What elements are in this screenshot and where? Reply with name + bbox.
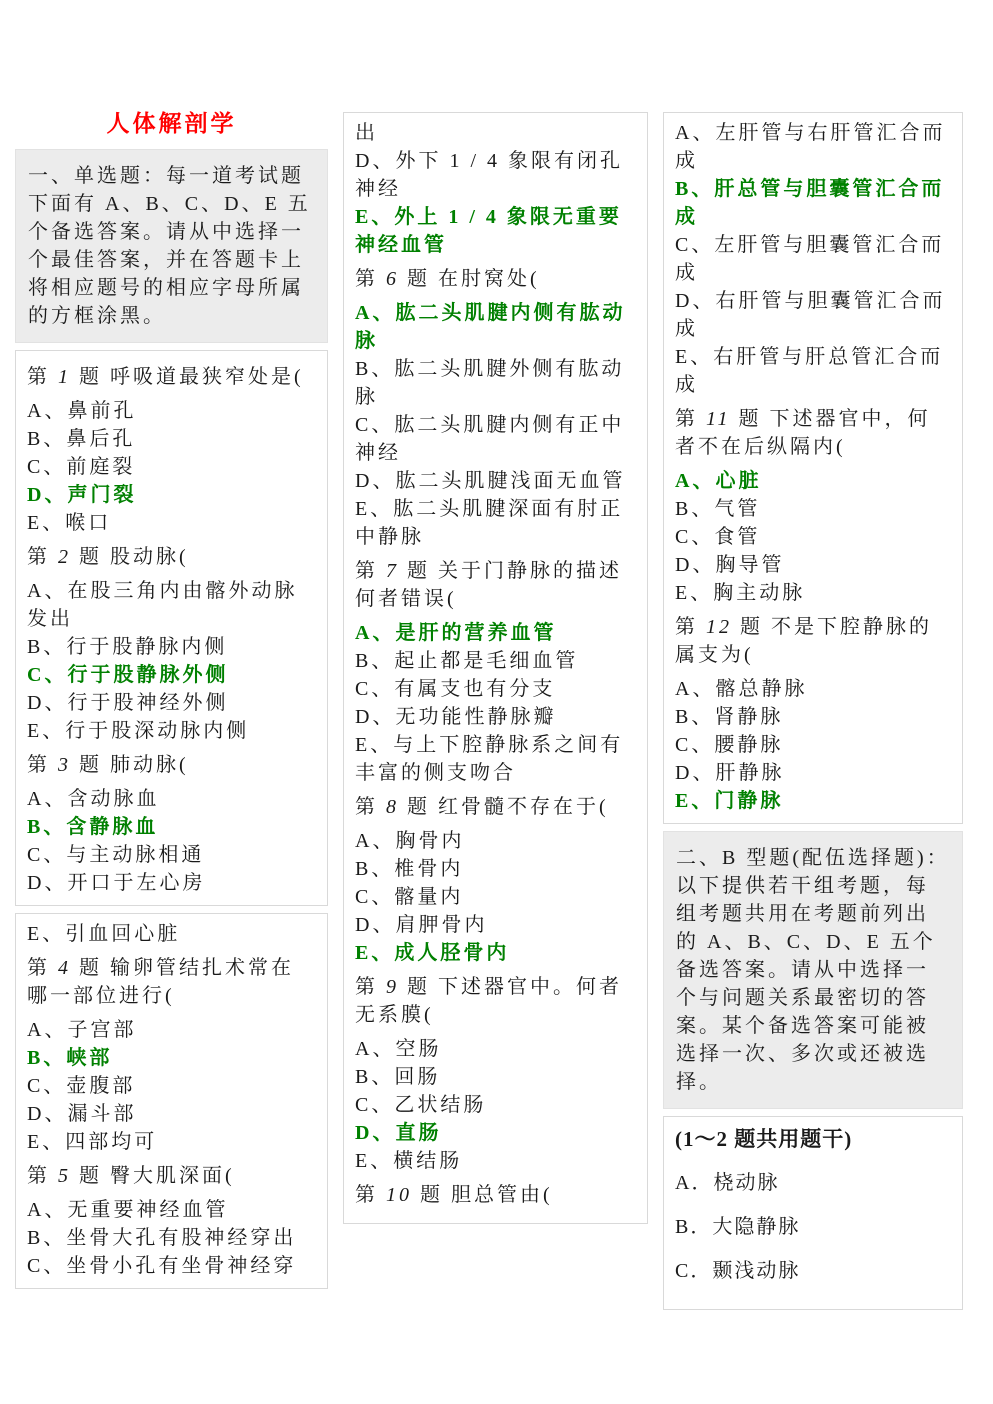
answer-option: C．颞浅动脉 bbox=[675, 1257, 951, 1285]
answer-option: A、含动脉血 bbox=[27, 785, 316, 813]
answer-option: B、肾静脉 bbox=[675, 703, 951, 731]
answer-option: E、行于股深动脉内侧 bbox=[27, 717, 316, 745]
question-box: (1～2 题共用题干)A．桡动脉B．大隐静脉C．颞浅动脉 bbox=[663, 1116, 963, 1310]
question-header: 第 2 题 股动脉( bbox=[27, 543, 316, 571]
answer-option-correct: A、是肝的营养血管 bbox=[355, 619, 636, 647]
answer-option: B、鼻后孔 bbox=[27, 425, 316, 453]
column-1-boxes: 一、单选题：每一道考试题下面有 A、B、C、D、E 五个备选答案。请从中选择一个… bbox=[15, 149, 328, 1289]
column-3: A、左肝管与右肝管汇合而成B、肝总管与胆囊管汇合而成C、左肝管与胆囊管汇合而成D… bbox=[663, 112, 963, 1317]
answer-option: C、左肝管与胆囊管汇合而成 bbox=[675, 231, 951, 287]
answer-option: A、胸骨内 bbox=[355, 827, 636, 855]
answer-option: E、右肝管与肝总管汇合而成 bbox=[675, 343, 951, 399]
answer-option-correct: A、心脏 bbox=[675, 467, 951, 495]
instruction-box: 一、单选题：每一道考试题下面有 A、B、C、D、E 五个备选答案。请从中选择一个… bbox=[15, 149, 328, 343]
answer-option: D、开口于左心房 bbox=[27, 869, 316, 897]
question-box: 出D、外下 1 / 4 象限有闭孔神经E、外上 1 / 4 象限无重要神经血管第… bbox=[343, 112, 648, 1224]
answer-option: A、空肠 bbox=[355, 1035, 636, 1063]
answer-option: C、与主动脉相通 bbox=[27, 841, 316, 869]
section-instructions: 二、B 型题(配伍选择题)：以下提供若干组考题，每组考题共用在考题前列出的 A、… bbox=[676, 844, 950, 1096]
answer-option: A、髂总静脉 bbox=[675, 675, 951, 703]
answer-option: D、胸导管 bbox=[675, 551, 951, 579]
answer-option: D、无功能性静脉瓣 bbox=[355, 703, 636, 731]
question-header: 第 11 题 下述器官中，何者不在后纵隔内( bbox=[675, 405, 951, 461]
answer-option: D、漏斗部 bbox=[27, 1100, 316, 1128]
answer-option: D、外下 1 / 4 象限有闭孔神经 bbox=[355, 147, 636, 203]
shared-stem-header: (1～2 题共用题干) bbox=[675, 1125, 951, 1153]
answer-option: C、腰静脉 bbox=[675, 731, 951, 759]
column-2-boxes: 出D、外下 1 / 4 象限有闭孔神经E、外上 1 / 4 象限无重要神经血管第… bbox=[343, 112, 648, 1224]
answer-option: C、肱二头肌腱内侧有正中神经 bbox=[355, 411, 636, 467]
section-instructions: 一、单选题：每一道考试题下面有 A、B、C、D、E 五个备选答案。请从中选择一个… bbox=[28, 162, 315, 330]
answer-option: B．大隐静脉 bbox=[675, 1213, 951, 1241]
answer-option-correct: C、行于股静脉外侧 bbox=[27, 661, 316, 689]
answer-option: D、肝静脉 bbox=[675, 759, 951, 787]
answer-option-correct: B、肝总管与胆囊管汇合而成 bbox=[675, 175, 951, 231]
answer-option: E、与上下腔静脉系之间有丰富的侧支吻合 bbox=[355, 731, 636, 787]
answer-option: E、肱二头肌腱深面有肘正中静脉 bbox=[355, 495, 636, 551]
answer-option-correct: E、成人胫骨内 bbox=[355, 939, 636, 967]
answer-option: C、乙状结肠 bbox=[355, 1091, 636, 1119]
answer-option: D、右肝管与胆囊管汇合而成 bbox=[675, 287, 951, 343]
question-header: 第 10 题 胆总管由( bbox=[355, 1181, 636, 1209]
instruction-box: 二、B 型题(配伍选择题)：以下提供若干组考题，每组考题共用在考题前列出的 A、… bbox=[663, 831, 963, 1109]
answer-option: E、喉口 bbox=[27, 509, 316, 537]
answer-option: C、髂量内 bbox=[355, 883, 636, 911]
answer-option: E、引血回心脏 bbox=[27, 920, 316, 948]
answer-option-correct: A、肱二头肌腱内侧有肱动脉 bbox=[355, 299, 636, 355]
answer-option: B、椎骨内 bbox=[355, 855, 636, 883]
exam-page: 人体解剖学 一、单选题：每一道考试题下面有 A、B、C、D、E 五个备选答案。请… bbox=[0, 0, 993, 1404]
answer-option: E、横结肠 bbox=[355, 1147, 636, 1175]
answer-option: B、气管 bbox=[675, 495, 951, 523]
answer-option: D、行于股神经外侧 bbox=[27, 689, 316, 717]
answer-option: D、肩胛骨内 bbox=[355, 911, 636, 939]
answer-option: A、在股三角内由髂外动脉发出 bbox=[27, 577, 316, 633]
question-header: 第 3 题 肺动脉( bbox=[27, 751, 316, 779]
answer-option: D、肱二头肌腱浅面无血管 bbox=[355, 467, 636, 495]
answer-option: C、坐骨小孔有坐骨神经穿 bbox=[27, 1252, 316, 1280]
answer-option: B、回肠 bbox=[355, 1063, 636, 1091]
answer-option: C、前庭裂 bbox=[27, 453, 316, 481]
answer-option: B、坐骨大孔有股神经穿出 bbox=[27, 1224, 316, 1252]
continuation-text: 出 bbox=[355, 119, 636, 147]
answer-option: E、胸主动脉 bbox=[675, 579, 951, 607]
answer-option-correct: E、外上 1 / 4 象限无重要神经血管 bbox=[355, 203, 636, 259]
answer-option: C、有属支也有分支 bbox=[355, 675, 636, 703]
answer-option-correct: D、直肠 bbox=[355, 1119, 636, 1147]
question-header: 第 7 题 关于门静脉的描述何者错误( bbox=[355, 557, 636, 613]
answer-option: B、行于股静脉内侧 bbox=[27, 633, 316, 661]
question-header: 第 4 题 输卵管结扎术常在哪一部位进行( bbox=[27, 954, 316, 1010]
question-header: 第 12 题 不是下腔静脉的属支为( bbox=[675, 613, 951, 669]
answer-option: A、鼻前孔 bbox=[27, 397, 316, 425]
answer-option: A、无重要神经血管 bbox=[27, 1196, 316, 1224]
question-box: A、左肝管与右肝管汇合而成B、肝总管与胆囊管汇合而成C、左肝管与胆囊管汇合而成D… bbox=[663, 112, 963, 824]
page-title: 人体解剖学 bbox=[15, 110, 328, 138]
column-1: 人体解剖学 一、单选题：每一道考试题下面有 A、B、C、D、E 五个备选答案。请… bbox=[15, 112, 328, 1296]
answer-option-correct: E、门静脉 bbox=[675, 787, 951, 815]
answer-option: E、四部均可 bbox=[27, 1128, 316, 1156]
question-header: 第 1 题 呼吸道最狭窄处是( bbox=[27, 363, 316, 391]
column-2: 出D、外下 1 / 4 象限有闭孔神经E、外上 1 / 4 象限无重要神经血管第… bbox=[343, 112, 648, 1231]
answer-option: C、食管 bbox=[675, 523, 951, 551]
answer-option-correct: B、峡部 bbox=[27, 1044, 316, 1072]
answer-option-correct: B、含静脉血 bbox=[27, 813, 316, 841]
answer-option: A、子宫部 bbox=[27, 1016, 316, 1044]
answer-option: B、起止都是毛细血管 bbox=[355, 647, 636, 675]
answer-option: C、壶腹部 bbox=[27, 1072, 316, 1100]
answer-option: B、肱二头肌腱外侧有肱动脉 bbox=[355, 355, 636, 411]
answer-option: A．桡动脉 bbox=[675, 1169, 951, 1197]
question-header: 第 9 题 下述器官中。何者无系膜( bbox=[355, 973, 636, 1029]
question-header: 第 8 题 红骨髓不存在于( bbox=[355, 793, 636, 821]
question-header: 第 5 题 臀大肌深面( bbox=[27, 1162, 316, 1190]
column-3-boxes: A、左肝管与右肝管汇合而成B、肝总管与胆囊管汇合而成C、左肝管与胆囊管汇合而成D… bbox=[663, 112, 963, 1310]
answer-option: A、左肝管与右肝管汇合而成 bbox=[675, 119, 951, 175]
question-box: 第 1 题 呼吸道最狭窄处是(A、鼻前孔B、鼻后孔C、前庭裂D、声门裂E、喉口第… bbox=[15, 350, 328, 906]
question-box: E、引血回心脏第 4 题 输卵管结扎术常在哪一部位进行(A、子宫部B、峡部C、壶… bbox=[15, 913, 328, 1289]
answer-option-correct: D、声门裂 bbox=[27, 481, 316, 509]
question-header: 第 6 题 在肘窝处( bbox=[355, 265, 636, 293]
